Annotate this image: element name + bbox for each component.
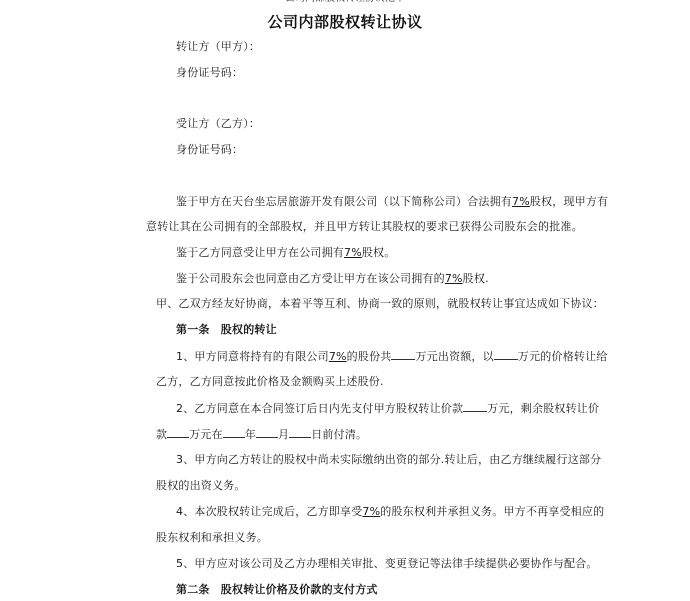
clause-2-line-2: 款万元在年月日前付清。 <box>156 427 367 442</box>
blank-field[interactable] <box>289 427 311 438</box>
clause-2-text-d: 万元在 <box>189 428 223 441</box>
transferee-id-label: 身份证号码： <box>176 143 243 157</box>
blank-field[interactable] <box>223 427 245 438</box>
recital-1-line-2: 意转让其在公司拥有的全部股权，并且甲方转让其股权的要求已获得公司股东会的批准。 <box>146 220 583 234</box>
clause-4-percentage: 7% <box>362 505 380 518</box>
blank-field[interactable] <box>494 349 518 360</box>
clause-2-line-1: 2、乙方同意在本合同签订后日内先支付甲方股权转让价款万元，剩余股权转让价 <box>176 401 599 416</box>
clause-1-text-a: 1、甲方同意将持有的有限公司 <box>176 350 329 363</box>
clause-4-line-1: 4、本次股权转让完成后，乙方即享受7%的股东权利并承担义务。甲方不再享受相应的 <box>176 505 604 519</box>
clause-3-line-1: 3、甲方向乙方转让的股权中尚未实际缴纳出资的部分.转让后，由乙方继续履行这部分 <box>176 453 601 467</box>
recital-4: 甲、乙双方经友好协商，本着平等互利、协商一致的原则，就股权转让事宜达成如下协议： <box>156 297 604 311</box>
clause-1-text-d: 万元的价格转让给 <box>518 350 608 363</box>
clause-3-line-2: 股权的出资义务。 <box>156 479 246 493</box>
clause-4-text-b: 的股东权利并承担义务。甲方不再享受相应的 <box>380 505 604 518</box>
transferor-label: 转让方（甲方）： <box>176 40 260 54</box>
recital-3-percentage: 7% <box>445 272 463 285</box>
recital-1-line-1: 鉴于甲方在天台坐忘居旅游开发有限公司（以下简称公司）合法拥有7%股权，现甲方有 <box>176 195 608 209</box>
document-page: 公司内部股权转让协议范本 公司内部股权转让协议 转让方（甲方）： 身份证号码： … <box>0 0 690 601</box>
recital-2-text-a: 鉴于乙方同意受让甲方在公司拥有 <box>176 246 344 259</box>
document-header: 公司内部股权转让协议范本 <box>0 0 690 5</box>
clause-2-text-g: 日前付清。 <box>311 428 367 441</box>
clause-2-text-a: 2、乙方同意在本合同签订后日内先支付甲方股权转让价款 <box>176 402 463 415</box>
blank-field[interactable] <box>256 427 278 438</box>
clause-4-text-a: 4、本次股权转让完成后，乙方即享受 <box>176 505 362 518</box>
blank-field[interactable] <box>463 401 487 412</box>
transferee-label: 受让方（乙方）： <box>176 117 260 131</box>
transferor-id-label: 身份证号码： <box>176 66 243 80</box>
blank-field[interactable] <box>167 427 189 438</box>
recital-1-text-b: 股权，现甲方有 <box>530 195 608 208</box>
recital-3: 鉴于公司股东会也同意由乙方受让甲方在该公司拥有的7%股权. <box>176 272 489 286</box>
recital-1-text-a: 鉴于甲方在天台坐忘居旅游开发有限公司（以下简称公司）合法拥有 <box>176 195 512 208</box>
clause-4-line-2: 股东权利和承担义务。 <box>156 531 268 545</box>
blank-field[interactable] <box>391 349 415 360</box>
clause-1-line-1: 1、甲方同意将持有的有限公司7%的股份共万元出资额，以万元的价格转让给 <box>176 349 608 364</box>
recital-2: 鉴于乙方同意受让甲方在公司拥有7%股权。 <box>176 246 395 260</box>
recital-2-percentage: 7% <box>344 246 362 259</box>
clause-2-text-f: 月 <box>278 428 289 441</box>
article-1-heading: 第一条 股权的转让 <box>176 323 277 337</box>
document-title: 公司内部股权转让协议 <box>0 11 690 32</box>
clause-5: 5、甲方应对该公司及乙方办理相关审批、变更登记等法律手续提供必要协作与配合。 <box>176 557 598 571</box>
clause-2-text-e: 年 <box>245 428 256 441</box>
clause-2-text-c: 款 <box>156 428 167 441</box>
article-2-heading: 第二条 股权转让价格及价款的支付方式 <box>176 583 378 597</box>
clause-1-percentage: 7% <box>329 350 347 363</box>
clause-1-text-c: 万元出资额，以 <box>415 350 493 363</box>
recital-1-percentage: 7% <box>512 195 530 208</box>
clause-2-text-b: 万元，剩余股权转让价 <box>487 402 599 415</box>
recital-2-text-b: 股权。 <box>362 246 396 259</box>
clause-1-line-2: 乙方，乙方同意按此价格及金额购买上述股份. <box>156 375 384 389</box>
clause-1-text-b: 的股份共 <box>347 350 392 363</box>
recital-3-text-b: 股权. <box>463 272 489 285</box>
recital-3-text-a: 鉴于公司股东会也同意由乙方受让甲方在该公司拥有的 <box>176 272 445 285</box>
